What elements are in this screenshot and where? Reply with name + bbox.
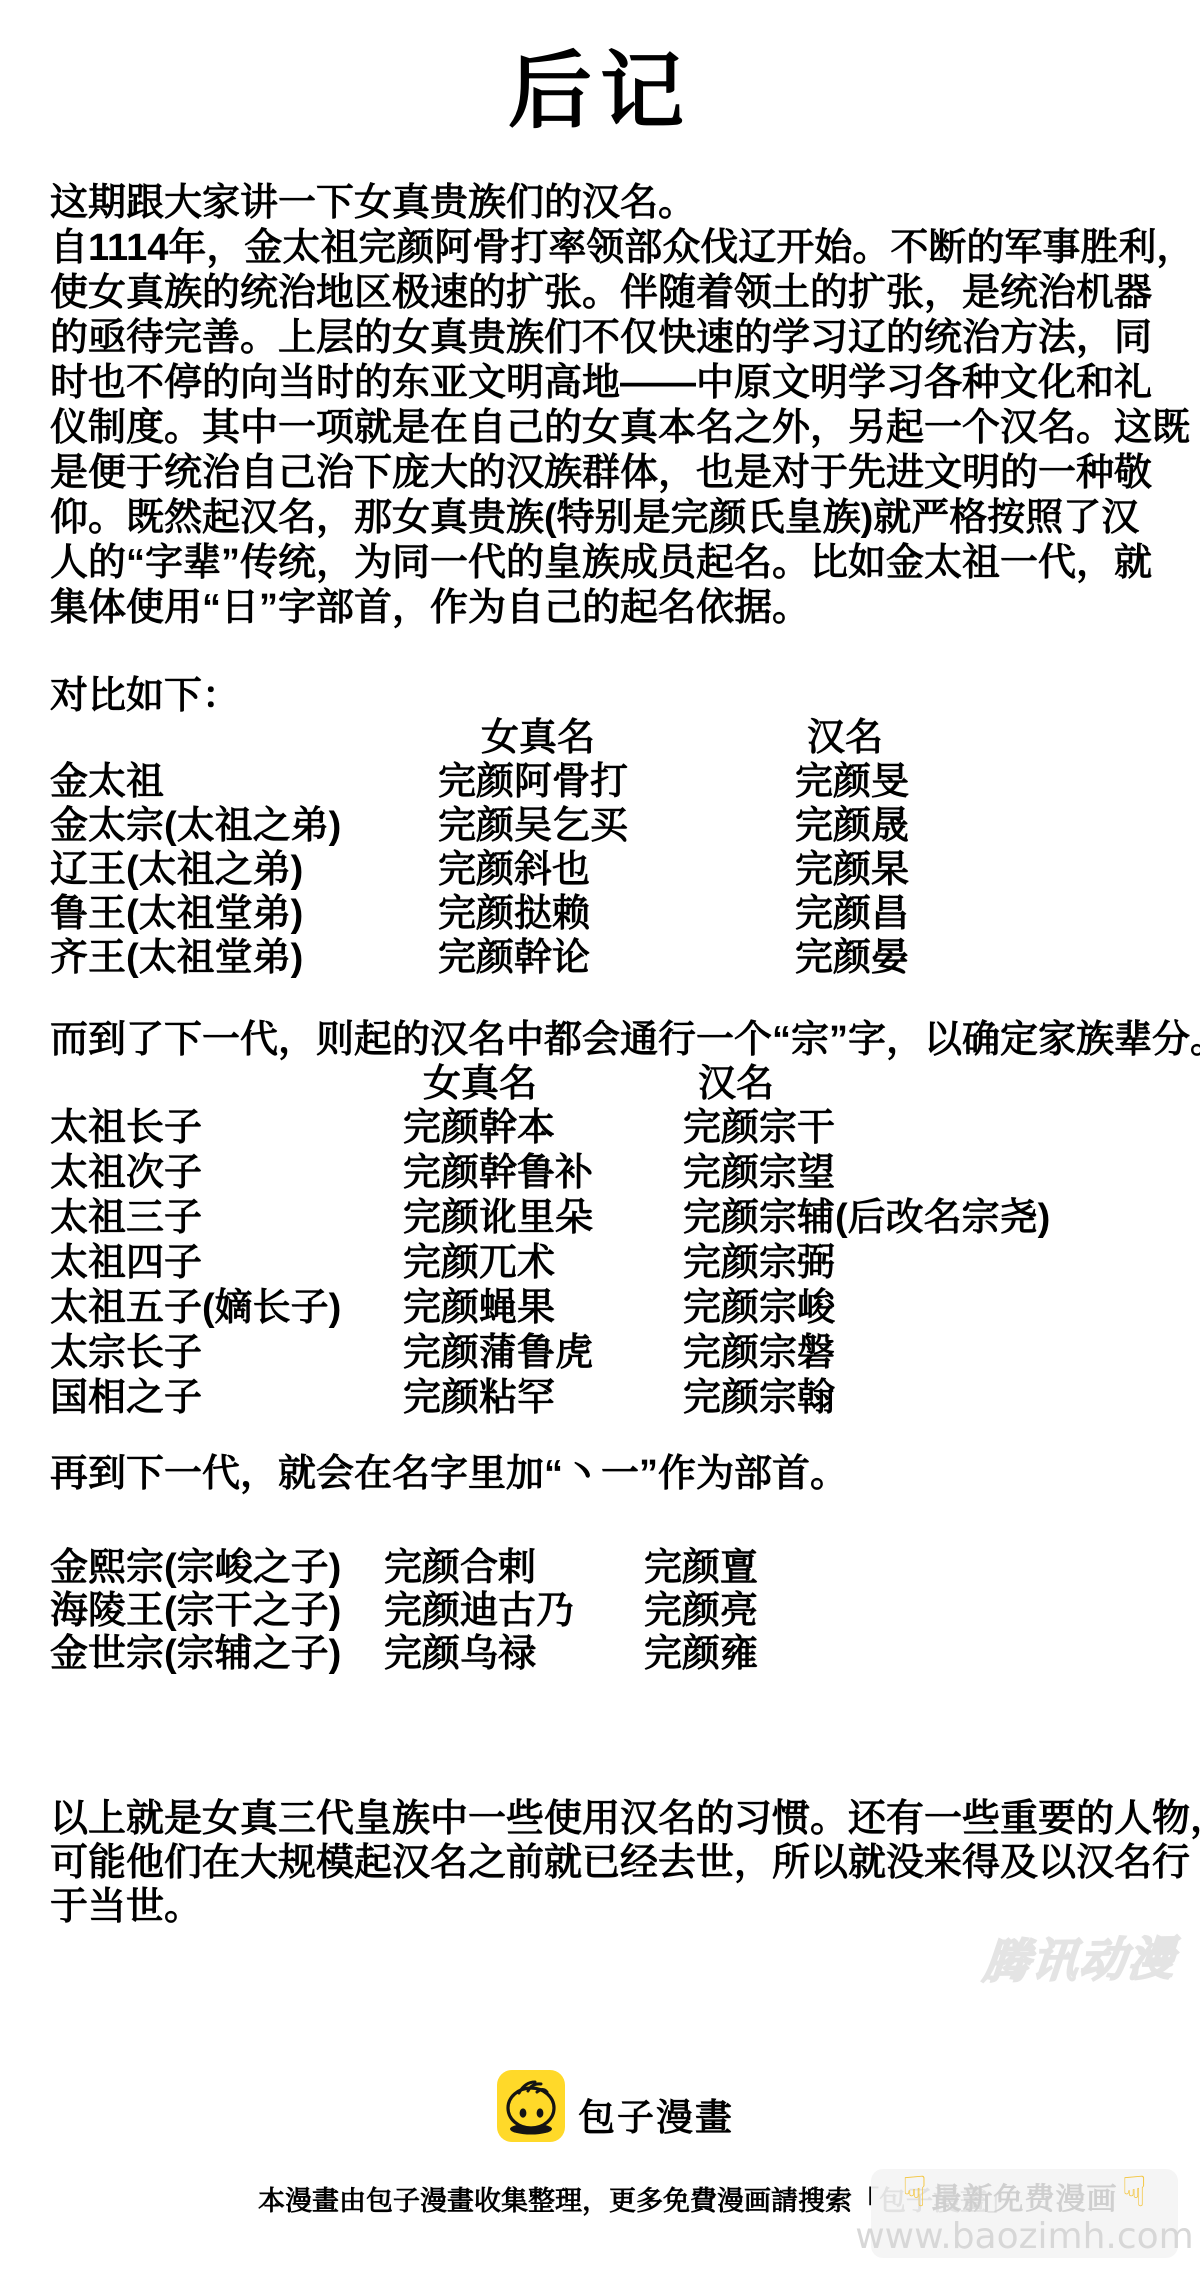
tencent-comics-watermark: 腾讯动漫: [981, 1922, 1179, 1991]
intro-line: 仪制度。其中一项就是在自己的女真本名之外，另起一个汉名。这既: [50, 406, 1194, 451]
compare-label: 对比如下：: [50, 664, 240, 719]
person-title: 齐王(太祖堂弟): [50, 926, 303, 981]
jurchen-name: 完颜幹论: [438, 926, 590, 981]
outro-paragraph: 以上就是女真三代皇族中一些使用汉名的习惯。还有一些重要的人物， 可能他们在大规模…: [50, 1797, 1200, 1929]
table-row: 太宗长子 完颜蒲鲁虎 完颜宗磐: [0, 1321, 1200, 1365]
table-row: 齐王(太祖堂弟) 完颜幹论 完颜晏: [0, 926, 1200, 970]
gen3-intro: 再到下一代，就会在名字里加“丶一”作为部首。: [50, 1442, 848, 1497]
table-row: 金太祖 完颜阿骨打 完颜旻: [0, 750, 1200, 794]
table-row: 太祖三子 完颜讹里朵 完颜宗辅(后改名宗尧): [0, 1186, 1200, 1230]
intro-line: 使女真族的统治地区极速的扩张。伴随着领土的扩张，是统治机器: [50, 271, 1194, 316]
han-name: 完颜宗翰: [683, 1366, 835, 1421]
jurchen-name: 完颜乌禄: [384, 1622, 536, 1677]
table-row: 鲁王(太祖堂弟) 完颜挞赖 完颜昌: [0, 882, 1200, 926]
intro-line: 人的“字辈”传统，为同一代的皇族成员起名。比如金太祖一代，就: [50, 541, 1194, 586]
baozimh-watermark-box: ☟ 最新免费漫画 ☟ www.baozimh.com: [871, 2169, 1178, 2258]
table-row: 太祖四子 完颜兀术 完颜宗弼: [0, 1231, 1200, 1275]
table-row: 太祖五子(嫡长子) 完颜蝇果 完颜宗峻: [0, 1276, 1200, 1320]
intro-line: 这期跟大家讲一下女真贵族们的汉名。: [50, 181, 1194, 226]
outro-line: 可能他们在大规模起汉名之前就已经去世，所以就没来得及以汉名行: [50, 1841, 1200, 1885]
han-name: 完颜晏: [795, 926, 909, 981]
intro-paragraph: 这期跟大家讲一下女真贵族们的汉名。 自1114年，金太祖完颜阿骨打率领部众伐辽开…: [50, 181, 1194, 631]
ad-slogan: 最新免费漫画: [932, 2174, 1118, 2218]
table-row: 金熙宗(宗峻之子) 完颜合剌 完颜亶: [0, 1536, 1200, 1580]
han-name: 完颜雍: [644, 1622, 758, 1677]
person-title: 国相之子: [50, 1366, 202, 1421]
intro-line: 自1114年，金太祖完颜阿骨打率领部众伐辽开始。不断的军事胜利，: [50, 226, 1194, 271]
gen2-intro: 而到了下一代，则起的汉名中都会通行一个“宗”字，以确定家族辈分。: [50, 1008, 1200, 1063]
outro-line: 于当世。: [50, 1885, 1200, 1929]
table-row: 金世宗(宗辅之子) 完颜乌禄 完颜雍: [0, 1622, 1200, 1666]
ad-line1: ☟ 最新免费漫画 ☟: [902, 2174, 1147, 2218]
table-row: 海陵王(宗干之子) 完颜迪古乃 完颜亮: [0, 1579, 1200, 1623]
down-hand-icon: ☟: [1122, 2177, 1148, 2207]
afterword-page: 后记 这期跟大家讲一下女真贵族们的汉名。 自1114年，金太祖完颜阿骨打率领部众…: [0, 0, 1200, 2282]
brand-name: 包子漫畫: [578, 2087, 734, 2141]
ad-url: www.baozimh.com: [855, 2218, 1194, 2256]
table-row: 金太宗(太祖之弟) 完颜吴乞买 完颜晟: [0, 794, 1200, 838]
table-row: 太祖次子 完颜幹鲁补 完颜宗望: [0, 1141, 1200, 1185]
table-row: 国相之子 完颜粘罕 完颜宗翰: [0, 1366, 1200, 1410]
intro-line: 仰。既然起汉名，那女真贵族(特别是完颜氏皇族)就严格按照了汉: [50, 496, 1194, 541]
baozi-logo-icon: [497, 2070, 565, 2142]
outro-line: 以上就是女真三代皇族中一些使用汉名的习惯。还有一些重要的人物，: [50, 1797, 1200, 1841]
intro-line: 时也不停的向当时的东亚文明高地——中原文明学习各种文化和礼: [50, 361, 1194, 406]
intro-line: 的亟待完善。上层的女真贵族们不仅快速的学习辽的统治方法，同: [50, 316, 1194, 361]
table-row: 太祖长子 完颜幹本 完颜宗干: [0, 1096, 1200, 1140]
page-title: 后记: [0, 24, 1200, 145]
jurchen-name: 完颜粘罕: [403, 1366, 555, 1421]
person-title: 金世宗(宗辅之子): [50, 1622, 341, 1677]
intro-line: 是便于统治自己治下庞大的汉族群体，也是对于先进文明的一种敬: [50, 451, 1194, 496]
down-hand-icon: ☟: [902, 2177, 928, 2207]
intro-line: 集体使用“日”字部首，作为自己的起名依据。: [50, 586, 1194, 631]
table-row: 辽王(太祖之弟) 完颜斜也 完颜杲: [0, 838, 1200, 882]
